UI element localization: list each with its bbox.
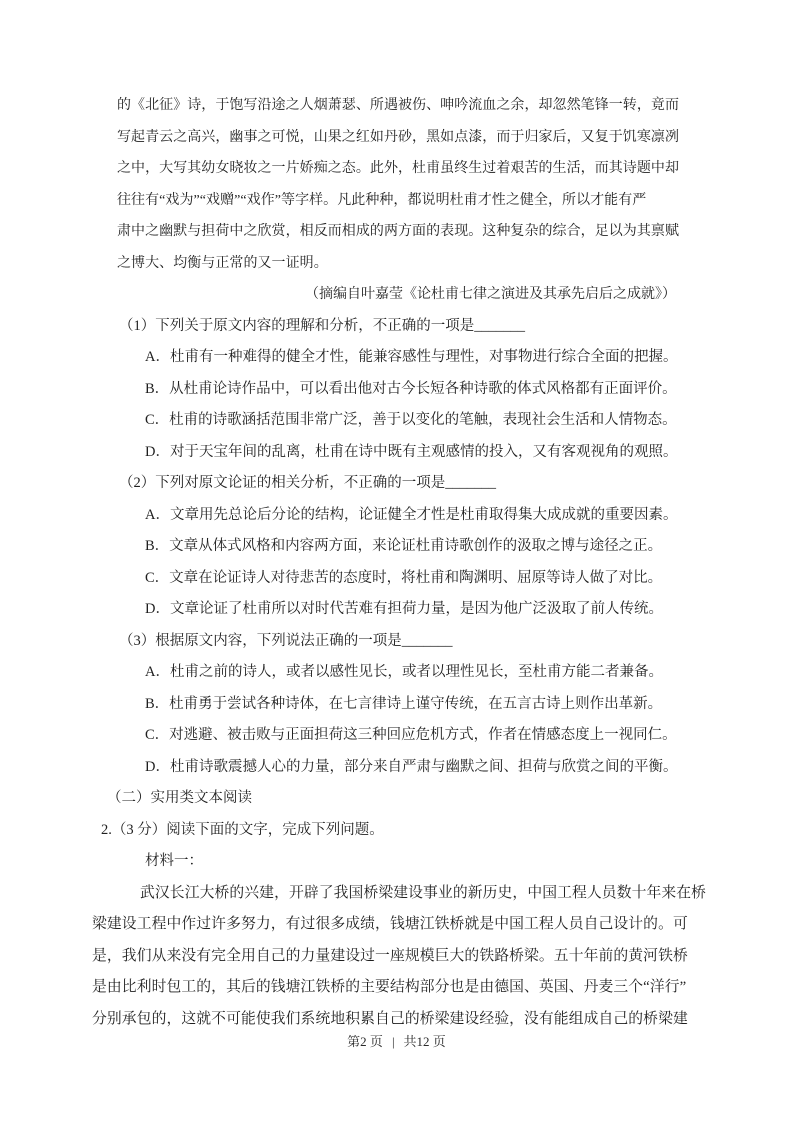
material-1-paragraph: 武汉长江大桥的兴建，开辟了我国桥梁建设事业的新历史，中国工程人员数十年来在桥 梁… — [92, 878, 696, 1036]
question-1-option-c: C．杜甫的诗歌涵括范围非常广泛，善于以变化的笔触，表现社会生活和人情物态。 — [145, 405, 696, 437]
passage-citation: （摘编自叶嘉莹《论杜甫七律之演进及其承先启后之成就》） — [92, 279, 696, 311]
passage-line: 之中，大写其幼女晓妆之一片娇痴之态。此外，杜甫虽终生过着艰苦的生活，而其诗题中却 — [117, 153, 696, 185]
exam-document-page: 的《北征》诗，于饱写沿途之人烟萧瑟、所遇被伤、呻吟流血之余，却忽然笔锋一转，竟而… — [0, 0, 793, 1122]
reading-passage: 的《北征》诗，于饱写沿途之人烟萧瑟、所遇被伤、呻吟流血之余，却忽然笔锋一转，竟而… — [92, 90, 696, 279]
question-1-option-b: B．从杜甫论诗作品中，可以看出他对古今长短各种诗歌的体式风格都有正面评价。 — [145, 374, 696, 406]
material-line: 是，我们从来没有完全用自己的力量建设过一座规模巨大的铁路桥梁。五十年前的黄河铁桥 — [92, 941, 696, 973]
question-2-option-b: B．文章从体式风格和内容两方面，来论证杜甫诗歌创作的汲取之博与途径之正。 — [145, 531, 696, 563]
total-pages-label: 共12 页 — [404, 1032, 446, 1052]
footer-separator: | — [392, 1032, 395, 1052]
question-2-option-c: C．文章在论证诗人对待悲苦的态度时，将杜甫和陶渊明、屈原等诗人做了对比。 — [145, 563, 696, 595]
current-page-label: 第2 页 — [347, 1032, 383, 1052]
question-3-option-c: C．对逃避、被击败与正面担荷这三种回应危机方式，作者在情感态度上一视同仁。 — [145, 720, 696, 752]
question-1-stem: （1）下列关于原文内容的理解和分析，不正确的一项是_______ — [119, 311, 696, 343]
material-line: 武汉长江大桥的兴建，开辟了我国桥梁建设事业的新历史，中国工程人员数十年来在桥 — [92, 878, 696, 910]
question-3: （3）根据原文内容，下列说法正确的一项是_______ A．杜甫之前的诗人，或者… — [92, 626, 696, 784]
question-3-stem: （3）根据原文内容，下列说法正确的一项是_______ — [119, 626, 696, 658]
material-line: 是由比利时包工的，其后的钱塘江铁桥的主要结构部分也是由德国、英国、丹麦三个“洋行… — [92, 972, 696, 1004]
question-1-option-d: D．对于天宝年间的乱离，杜甫在诗中既有主观感情的投入，又有客观视角的观照。 — [145, 437, 696, 469]
section-heading: （二）实用类文本阅读 — [107, 783, 696, 815]
page-footer: 第2 页 | 共12 页 — [0, 1032, 793, 1052]
document-content: 的《北征》诗，于饱写沿途之人烟萧瑟、所遇被伤、呻吟流血之余，却忽然笔锋一转，竟而… — [92, 90, 696, 1035]
material-line: 梁建设工程中作过许多努力，有过很多成绩，钱塘江铁桥就是中国工程人员自己设计的。可 — [92, 909, 696, 941]
question-1-option-a: A．杜甫有一种难得的健全才性，能兼容感性与理性，对事物进行综合全面的把握。 — [145, 342, 696, 374]
question-3-option-b: B．杜甫勇于尝试各种诗体，在七言律诗上谨守传统，在五言古诗上则作出革新。 — [145, 689, 696, 721]
question-2-option-d: D．文章论证了杜甫所以对时代苦难有担荷力量，是因为他广泛汲取了前人传统。 — [145, 594, 696, 626]
question-3-option-a: A．杜甫之前的诗人，或者以感性见长，或者以理性见长，至杜甫方能二者兼备。 — [145, 657, 696, 689]
material-1-label: 材料一： — [145, 846, 696, 878]
passage-line: 肃中之幽默与担荷中之欣赏，相反而相成的两方面的表现。这种复杂的综合，足以为其禀赋 — [117, 216, 696, 248]
question-2: （2）下列对原文论证的相关分析，不正确的一项是_______ A．文章用先总论后… — [92, 468, 696, 626]
question-3-option-d: D．杜甫诗歌震撼人心的力量，部分来自严肃与幽默之间、担荷与欣赏之间的平衡。 — [145, 752, 696, 784]
material-line: 分别承包的，这就不可能使我们系统地积累自己的桥梁建设经验，没有能组成自己的桥梁建 — [92, 1004, 696, 1036]
question-2-stem: （2）下列对原文论证的相关分析，不正确的一项是_______ — [119, 468, 696, 500]
passage-line: 往往有“戏为”“戏赠”“戏作”等字样。凡此种种，都说明杜甫才性之健全，所以才能有… — [117, 185, 696, 217]
item-2-heading: 2.（3 分）阅读下面的文字，完成下列问题。 — [101, 815, 696, 847]
passage-line: 的《北征》诗，于饱写沿途之人烟萧瑟、所遇被伤、呻吟流血之余，却忽然笔锋一转，竟而 — [117, 90, 696, 122]
question-1: （1）下列关于原文内容的理解和分析，不正确的一项是_______ A．杜甫有一种… — [92, 311, 696, 469]
question-2-option-a: A．文章用先总论后分论的结构，论证健全才性是杜甫取得集大成成就的重要因素。 — [145, 500, 696, 532]
passage-line: 写起青云之高兴，幽事之可悦，山果之红如丹砂，黑如点漆，而于归家后，又复于饥寒凛冽 — [117, 122, 696, 154]
passage-line: 之博大、均衡与正常的又一证明。 — [117, 248, 696, 280]
